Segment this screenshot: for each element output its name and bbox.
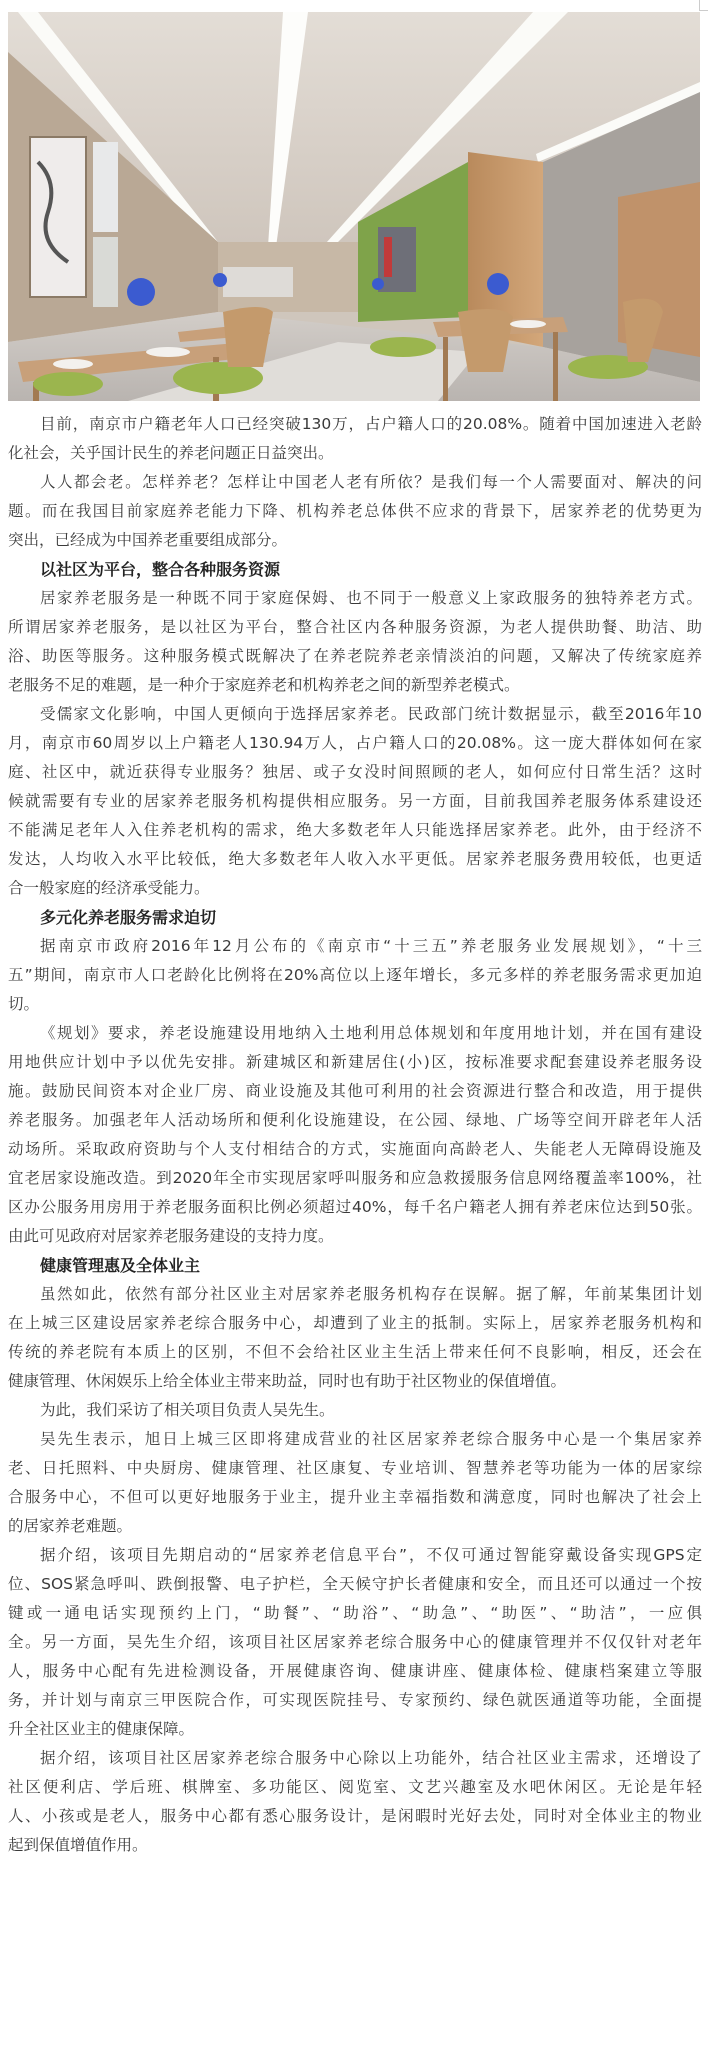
paragraph-line: 据南京市政府2016年12月公布的《南京市“十三五”养老服务业发展规划》，“十三 <box>8 932 702 961</box>
paragraph: 人人都会老。怎样养老？怎样让中国老人老有所依？是我们每一个人需要面对、解决的问题… <box>8 468 702 555</box>
paragraph-line: 据介绍，该项目先期启动的“居家养老信息平台”，不仅可通过智能穿戴设备实现GPS定 <box>8 1541 702 1570</box>
paragraph-line: 不能满足老年人入住养老机构的需求，绝大多数老年人只能选择居家养老。此外，由于经济… <box>8 816 702 845</box>
paragraph-line: 的居家养老难题。 <box>8 1512 702 1541</box>
paragraph-line: 由此可见政府对居家养老服务建设的支持力度。 <box>8 1222 702 1251</box>
paragraph-line: 社区便利店、学后班、棋牌室、多功能区、阅览室、文艺兴趣室及水吧休闲区。无论是年轻 <box>8 1773 702 1802</box>
paragraph: 受儒家文化影响，中国人更倾向于选择居家养老。民政部门统计数据显示，截至2016年… <box>8 700 702 903</box>
paragraph-line: 区办公服务用房用于养老服务面积比例必须超过40%，每千名户籍老人拥有养老床位达到… <box>8 1193 702 1222</box>
paragraph-line: 题。而在我国目前家庭养老能力下降、机构养老总体供不应求的背景下，居家养老的优势更… <box>8 497 702 526</box>
section-heading: 多元化养老服务需求迫切 <box>8 903 702 932</box>
paragraph-line: 浴、助医等服务。这种服务模式既解决了在养老院养老亲情淡泊的问题，又解决了传统家庭… <box>8 642 702 671</box>
paragraph-line: 合一般家庭的经济承受能力。 <box>8 874 702 903</box>
paragraph-line: 切。 <box>8 990 702 1019</box>
paragraph-line: 宜老居家设施改造。到2020年全市实现居家呼叫服务和应急救援服务信息网络覆盖率1… <box>8 1164 702 1193</box>
paragraph-line: 传统的养老院有本质上的区别，不但不会给社区业主生活上带来任何不良影响，相反，还会… <box>8 1338 702 1367</box>
paragraph: 据介绍，该项目先期启动的“居家养老信息平台”，不仅可通过智能穿戴设备实现GPS定… <box>8 1541 702 1744</box>
paragraph-line: 发达，人均收入水平比较低，绝大多数老年人收入水平更低。居家养老服务费用较低，也更… <box>8 845 702 874</box>
paragraph: 据介绍，该项目社区居家养老综合服务中心除以上功能外，结合社区业主需求，还增设了社… <box>8 1744 702 1860</box>
paragraph-line: 受儒家文化影响，中国人更倾向于选择居家养老。民政部门统计数据显示，截至2016年… <box>8 700 702 729</box>
paragraph: 据南京市政府2016年12月公布的《南京市“十三五”养老服务业发展规划》，“十三… <box>8 932 702 1019</box>
paragraph: 居家养老服务是一种既不同于家庭保姆、也不同于一般意义上家政服务的独特养老方式。所… <box>8 584 702 700</box>
paragraph-line: 化社会，关乎国计民生的养老问题正日益突出。 <box>8 439 702 468</box>
section-heading: 以社区为平台，整合各种服务资源 <box>8 555 702 584</box>
paragraph-line: 吴先生表示，旭日上城三区即将建成营业的社区居家养老综合服务中心是一个集居家养 <box>8 1425 702 1454</box>
corner-mark <box>699 0 708 11</box>
paragraph-line: 起到保值增值作用。 <box>8 1831 702 1860</box>
paragraph-line: 居家养老服务是一种既不同于家庭保姆、也不同于一般意义上家政服务的独特养老方式。 <box>8 584 702 613</box>
paragraph-line: 五”期间，南京市人口老龄化比例将在20%高位以上逐年增长，多元多样的养老服务需求… <box>8 961 702 990</box>
paragraph-line: 务，并计划与南京三甲医院合作，可实现医院挂号、专家预约、绿色就医通道等功能，全面… <box>8 1686 702 1715</box>
paragraph-line: 月，南京市60周岁以上户籍老人130.94万人，占户籍人口的20.08%。这一庞… <box>8 729 702 758</box>
paragraph: 为此，我们采访了相关项目负责人吴先生。 <box>8 1396 702 1425</box>
paragraph-line: 突出，已经成为中国养老重要组成部分。 <box>8 526 702 555</box>
paragraph-line: 合服务中心，不但可以更好地服务于业主，提升业主幸福指数和满意度，同时也解决了社会… <box>8 1483 702 1512</box>
paragraph-line: 键或一通电话实现预约上门，“助餐”、“助浴”、“助急”、“助医”、“助洁”，一应… <box>8 1599 702 1628</box>
paragraph-line: 人、小孩或是老人，服务中心都有悉心服务设计，是闲暇时光好去处，同时对全体业主的物… <box>8 1802 702 1831</box>
paragraph-line: 所谓居家养老服务，是以社区为平台，整合社区内各种服务资源，为老人提供助餐、助洁、… <box>8 613 702 642</box>
paragraph: 虽然如此，依然有部分社区业主对居家养老服务机构存在误解。据了解，年前某集团计划在… <box>8 1280 702 1396</box>
paragraph-line: 升全社区业主的健康保障。 <box>8 1715 702 1744</box>
dining-hall-illustration <box>8 12 700 401</box>
paragraph-line: 养老服务。加强老年人活动场所和便利化设施建设，在公园、绿地、广场等空间开辟老年人… <box>8 1106 702 1135</box>
paragraph: 目前，南京市户籍老年人口已经突破130万，占户籍人口的20.08%。随着中国加速… <box>8 410 702 468</box>
paragraph-line: 目前，南京市户籍老年人口已经突破130万，占户籍人口的20.08%。随着中国加速… <box>8 410 702 439</box>
paragraph-line: 位、SOS紧急呼叫、跌倒报警、电子护栏，全天候守护长者健康和安全，而且还可以通过… <box>8 1570 702 1599</box>
paragraph-line: 施。鼓励民间资本对企业厂房、商业设施及其他可利用的社会资源进行整合和改造，用于提… <box>8 1077 702 1106</box>
paragraph-line: 健康管理、休闲娱乐上给全体业主带来助益，同时也有助于社区物业的保值增值。 <box>8 1367 702 1396</box>
paragraph-line: 老服务不足的难题，是一种介于家庭养老和机构养老之间的新型养老模式。 <box>8 671 702 700</box>
paragraph-line: 《规划》要求，养老设施建设用地纳入土地利用总体规划和年度用地计划，并在国有建设 <box>8 1019 702 1048</box>
section-heading: 健康管理惠及全体业主 <box>8 1251 702 1280</box>
paragraph-line: 庭、社区中，就近获得专业服务？独居、或子女没时间照顾的老人，如何应付日常生活？这… <box>8 758 702 787</box>
paragraph-line: 全。另一方面，吴先生介绍，该项目社区居家养老综合服务中心的健康管理并不仅仅针对老… <box>8 1628 702 1657</box>
paragraph-line: 为此，我们采访了相关项目负责人吴先生。 <box>8 1396 702 1425</box>
paragraph-line: 人，服务中心配有先进检测设备，开展健康咨询、健康讲座、健康体检、健康档案建立等服 <box>8 1657 702 1686</box>
paragraph-line: 虽然如此，依然有部分社区业主对居家养老服务机构存在误解。据了解，年前某集团计划 <box>8 1280 702 1309</box>
paragraph-line: 老、日托照料、中央厨房、健康管理、社区康复、专业培训、智慧养老等功能为一体的居家… <box>8 1454 702 1483</box>
paragraph: 《规划》要求，养老设施建设用地纳入土地利用总体规划和年度用地计划，并在国有建设用… <box>8 1019 702 1251</box>
paragraph-line: 候就需要有专业的居家养老服务机构提供相应服务。另一方面，目前我国养老服务体系建设… <box>8 787 702 816</box>
article-body: 目前，南京市户籍老年人口已经突破130万，占户籍人口的20.08%。随着中国加速… <box>8 410 702 1860</box>
paragraph-line: 在上城三区建设居家养老综合服务中心，却遭到了业主的抵制。实际上，居家养老服务机构… <box>8 1309 702 1338</box>
paragraph-line: 动场所。采取政府资助与个人支付相结合的方式，实施面向高龄老人、失能老人无障碍设施… <box>8 1135 702 1164</box>
paragraph-line: 据介绍，该项目社区居家养老综合服务中心除以上功能外，结合社区业主需求，还增设了 <box>8 1744 702 1773</box>
paragraph-line: 人人都会老。怎样养老？怎样让中国老人老有所依？是我们每一个人需要面对、解决的问 <box>8 468 702 497</box>
hero-image <box>8 12 700 401</box>
paragraph-line: 用地供应计划中予以优先安排。新建城区和新建居住(小)区，按标准要求配套建设养老服… <box>8 1048 702 1077</box>
paragraph: 吴先生表示，旭日上城三区即将建成营业的社区居家养老综合服务中心是一个集居家养老、… <box>8 1425 702 1541</box>
